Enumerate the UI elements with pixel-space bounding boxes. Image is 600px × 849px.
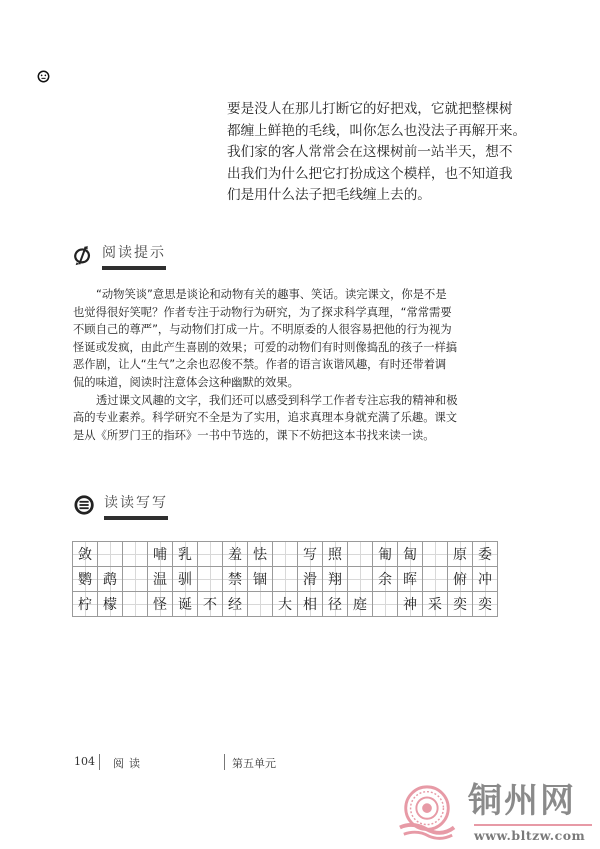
vocab-char-cell: 写 xyxy=(298,542,323,567)
empty-grid-cell xyxy=(273,542,298,567)
grid-row: 敛哺乳羞怯写照匍匐原委 xyxy=(73,542,498,567)
empty-grid-cell xyxy=(123,592,148,617)
empty-grid-cell xyxy=(198,567,223,592)
tips-line: “动物笑谈”意思是谈论和动物有关的趣事、笑话。读完课文，你是不是 xyxy=(73,286,533,304)
watermark-rule xyxy=(474,824,592,826)
page-number: 104 xyxy=(74,755,95,768)
title-underline xyxy=(102,266,166,270)
vocab-char-cell: 照 xyxy=(323,542,348,567)
passage-line: 都缠上鲜艳的毛线，叫你怎么也没法子再解开来。 xyxy=(227,121,521,143)
vocab-char-cell: 相 xyxy=(298,592,323,617)
vocab-char-cell: 羞 xyxy=(223,542,248,567)
vocab-char-cell: 翔 xyxy=(323,567,348,592)
watermark-logo-icon xyxy=(398,783,456,841)
vocab-char-cell: 敛 xyxy=(73,542,98,567)
vocab-char-cell: 柠 xyxy=(73,592,98,617)
title-underline xyxy=(104,516,168,520)
tips-line: 是从《所罗门王的指环》一书中节选的，课下不妨把这本书找来读一读。 xyxy=(73,427,533,445)
vocab-char-cell: 檬 xyxy=(98,592,123,617)
vocab-char-cell: 大 xyxy=(273,592,298,617)
vocab-char-cell: 晖 xyxy=(398,567,423,592)
tips-line: 不顾自己的尊严”，与动物们打成一片。不明原委的人很容易把他的行为视为 xyxy=(73,321,533,339)
empty-grid-cell xyxy=(423,542,448,567)
vocab-char-cell: 庭 xyxy=(348,592,373,617)
vocab-char-cell: 原 xyxy=(448,542,473,567)
empty-grid-cell xyxy=(373,592,398,617)
empty-grid-cell xyxy=(273,567,298,592)
vocab-char-cell: 诞 xyxy=(173,592,198,617)
vocab-char-cell: 奕 xyxy=(448,592,473,617)
empty-grid-cell xyxy=(423,567,448,592)
vocab-char-cell: 乳 xyxy=(173,542,198,567)
vocab-char-cell: 哺 xyxy=(148,542,173,567)
tips-line: 透过课文风趣的文字，我们还可以感受到科学工作者专注忘我的精神和极 xyxy=(73,392,533,410)
site-watermark: 铜州网 www.bltzw.com xyxy=(398,781,598,845)
reading-tips-heading: 阅读提示 xyxy=(72,244,166,270)
passage-line: 们是用什么法子把毛线缠上去的。 xyxy=(227,185,521,207)
grid-row: 鹦鹉温驯禁锢滑翔余晖俯冲 xyxy=(73,567,498,592)
passage-line: 出我们为什么把它打扮成这个模样，也不知道我 xyxy=(227,164,521,186)
vocab-char-cell: 俯 xyxy=(448,567,473,592)
vocab-char-cell: 驯 xyxy=(173,567,198,592)
tips-paragraph: 透过课文风趣的文字，我们还可以感受到科学工作者专注忘我的精神和极 高的专业素养。… xyxy=(73,392,533,445)
unit-label: 第五单元 xyxy=(232,755,276,771)
tips-line: 高的专业素养。科学研究不全是为了实用，追求真理本身就充满了乐趣。课文 xyxy=(73,409,533,427)
tips-line: 怪诞或发疯，由此产生喜剧的效果；可爱的动物们有时则像捣乱的孩子一样搞 xyxy=(73,339,533,357)
vocab-char-cell: 滑 xyxy=(298,567,323,592)
vocab-char-cell: 匐 xyxy=(398,542,423,567)
reading-tips-icon xyxy=(72,244,94,266)
passage-line: 我们家的客人常常会在这棵树前一站半天，想不 xyxy=(227,142,521,164)
footer-divider xyxy=(99,754,100,770)
book-title: 阅读 xyxy=(113,755,145,771)
vocab-char-cell: 锢 xyxy=(248,567,273,592)
vocab-char-cell: 采 xyxy=(423,592,448,617)
vocab-char-cell: 怪 xyxy=(148,592,173,617)
footer-divider xyxy=(224,754,225,770)
watermark-brand: 铜州网 xyxy=(468,781,576,821)
empty-grid-cell xyxy=(123,542,148,567)
empty-grid-cell xyxy=(348,567,373,592)
tips-line: 恶作剧，让人“生气”之余也忍俊不禁。作者的语言诙谐风趣，有时还带着调 xyxy=(73,356,533,374)
empty-grid-cell xyxy=(123,567,148,592)
empty-grid-cell xyxy=(248,592,273,617)
vocab-char-cell: 奕 xyxy=(473,592,498,617)
reading-tips-body: “动物笑谈”意思是谈论和动物有关的趣事、笑话。读完课文，你是不是 也觉得很好笑呢… xyxy=(73,286,533,444)
smiley-face-icon xyxy=(37,70,50,83)
section-title: 读读写写 xyxy=(104,494,168,512)
tips-paragraph: “动物笑谈”意思是谈论和动物有关的趣事、笑话。读完课文，你是不是 也觉得很好笑呢… xyxy=(73,286,533,392)
watermark-url: www.bltzw.com xyxy=(474,828,585,843)
vocab-char-cell: 不 xyxy=(198,592,223,617)
vocab-char-cell: 鹉 xyxy=(98,567,123,592)
vocab-char-cell: 冲 xyxy=(473,567,498,592)
tips-line: 也觉得很好笑呢？作者专注于动物行为研究，为了探求科学真理，“常常需要 xyxy=(73,304,533,322)
passage-line: 要是没人在那儿打断它的好把戏，它就把整棵树 xyxy=(227,99,521,121)
vocab-char-cell: 怯 xyxy=(248,542,273,567)
page-footer: 104 阅读 第五单元 xyxy=(74,755,374,775)
vocab-char-cell: 神 xyxy=(398,592,423,617)
tips-line: 侃的味道，阅读时注意体会这种幽默的效果。 xyxy=(73,374,533,392)
vocab-char-cell: 余 xyxy=(373,567,398,592)
empty-grid-cell xyxy=(348,542,373,567)
vocab-char-cell: 温 xyxy=(148,567,173,592)
vocabulary-grid: 敛哺乳羞怯写照匍匐原委鹦鹉温驯禁锢滑翔余晖俯冲柠檬怪诞不经大相径庭神采奕奕 xyxy=(72,541,498,617)
vocab-char-cell: 径 xyxy=(323,592,348,617)
read-write-icon xyxy=(74,494,96,516)
empty-grid-cell xyxy=(198,542,223,567)
vocab-char-cell: 经 xyxy=(223,592,248,617)
empty-grid-cell xyxy=(98,542,123,567)
grid-row: 柠檬怪诞不经大相径庭神采奕奕 xyxy=(73,592,498,617)
vocab-char-cell: 委 xyxy=(473,542,498,567)
vocab-char-cell: 禁 xyxy=(223,567,248,592)
vocab-char-cell: 鹦 xyxy=(73,567,98,592)
lesson-passage-excerpt: 要是没人在那儿打断它的好把戏，它就把整棵树 都缠上鲜艳的毛线，叫你怎么也没法子再… xyxy=(227,99,521,207)
section-title: 阅读提示 xyxy=(102,244,166,262)
vocab-char-cell: 匍 xyxy=(373,542,398,567)
read-write-heading: 读读写写 xyxy=(74,494,168,520)
